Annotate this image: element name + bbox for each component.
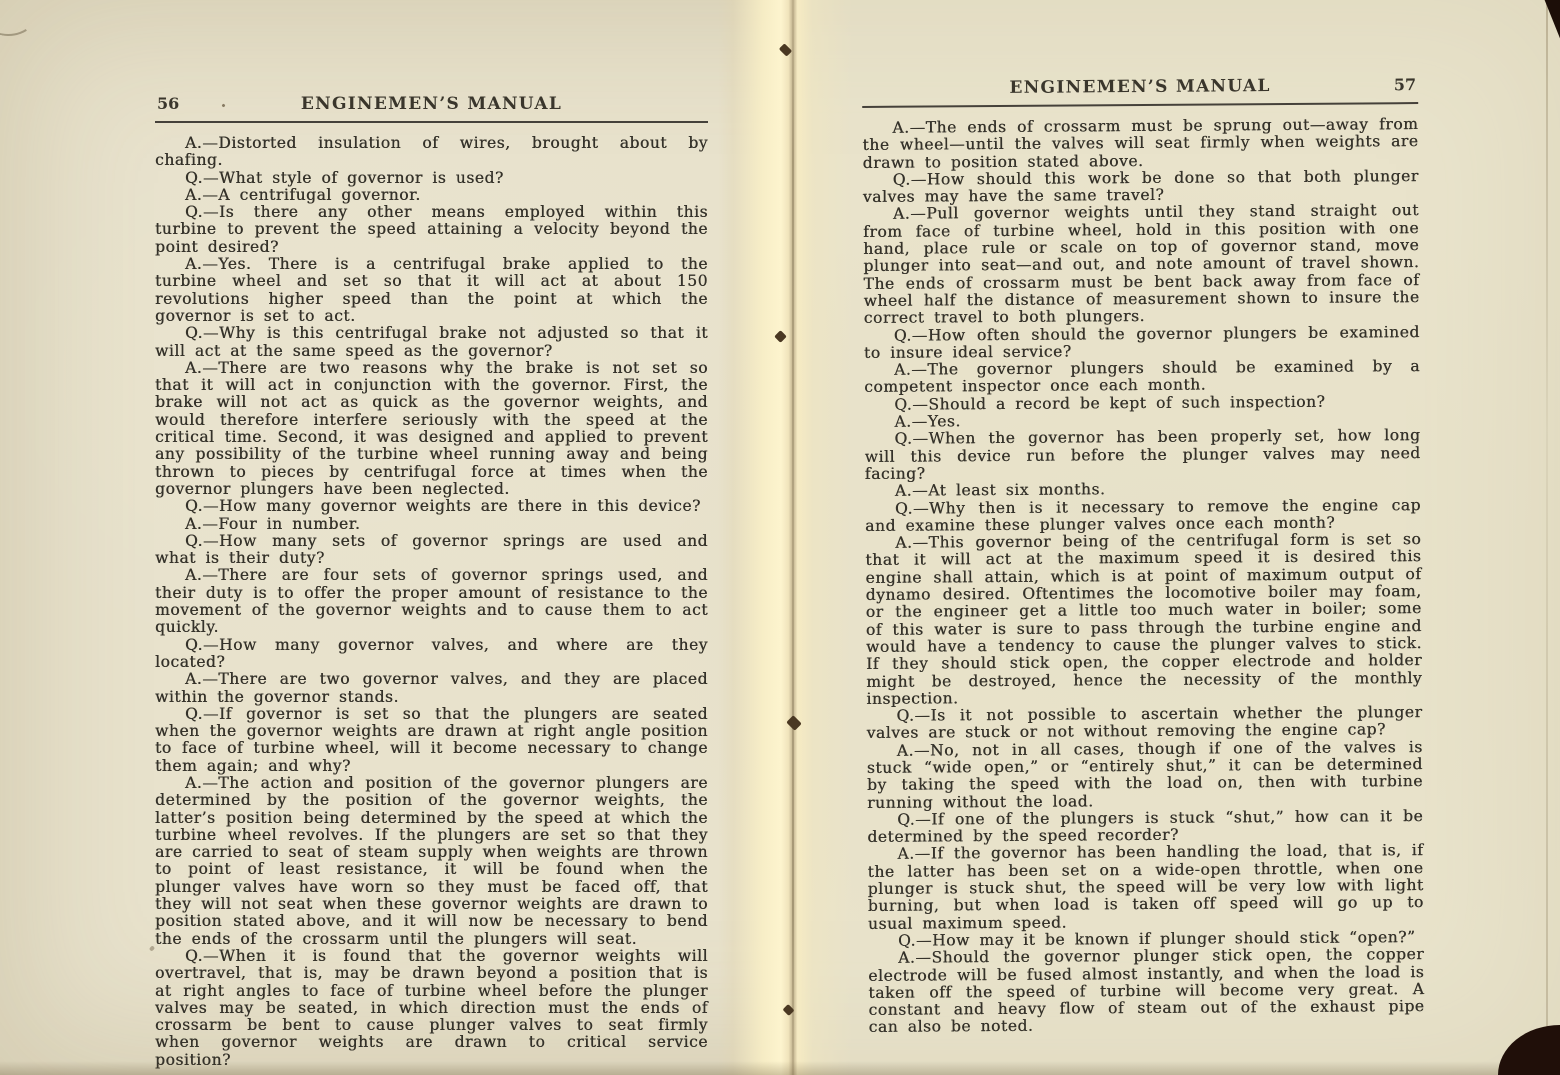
page-header-left: 56 ENGINEMEN’S MANUAL (155, 93, 708, 115)
qa-paragraph: A.—Yes. There is a centrifugal brake app… (155, 256, 708, 325)
qa-paragraph: Q.—How often should the governor plunger… (864, 324, 1420, 362)
qa-paragraph: Q.—How many sets of governor springs are… (155, 533, 708, 568)
qa-paragraph: A.—A centrifugal governor. (155, 187, 708, 204)
page-body-right: A.—The ends of crossarm must be sprung o… (862, 116, 1424, 1037)
qa-paragraph: A.—The action and position of the govern… (155, 775, 708, 948)
qa-paragraph: A.—Four in number. (155, 516, 708, 533)
qa-paragraph: Q.—Is there any other means employed wit… (155, 204, 708, 256)
book-spread: 56 ENGINEMEN’S MANUAL A.—Distorted insul… (0, 0, 1560, 1075)
page-header-right: ENGINEMEN’S MANUAL 57 (862, 74, 1418, 100)
qa-paragraph: Q.—Is it not possible to ascertain wheth… (866, 704, 1422, 742)
qa-paragraph: Q.—What style of governor is used? (155, 170, 708, 187)
qa-paragraph: A.—Pull governor weights until they stan… (863, 203, 1420, 328)
running-title-left: ENGINEMEN’S MANUAL (155, 93, 708, 115)
qa-paragraph: Q.—Why is this centrifugal brake not adj… (155, 325, 708, 360)
qa-paragraph: A.—No, not in all cases, though if one o… (867, 739, 1423, 812)
page-number-left: 56 (157, 93, 179, 115)
page-stack-edge-right (1546, 0, 1548, 1075)
qa-paragraph: Q.—If one of the plungers is stuck “shut… (867, 808, 1423, 846)
gutter-crease (792, 0, 794, 1075)
qa-paragraph: Q.—How many governor valves, and where a… (155, 637, 708, 672)
qa-paragraph: A.—There are two governor valves, and th… (155, 671, 708, 706)
qa-paragraph: Q.—If governor is set so that the plunge… (155, 706, 708, 775)
page-body-left: A.—Distorted insulation of wires, brough… (155, 135, 708, 1069)
page-number-right: 57 (1394, 74, 1416, 96)
qa-paragraph: Q.—How many governor weights are there i… (155, 498, 708, 515)
qa-paragraph: A.—The governor plungers should be exami… (864, 358, 1420, 396)
qa-paragraph: Q.—When it is found that the governor we… (155, 948, 708, 1069)
qa-paragraph: A.—This governor being of the centrifuga… (865, 531, 1422, 708)
qa-paragraph: A.—There are two reasons why the brake i… (155, 360, 708, 498)
qa-paragraph: A.—Distorted insulation of wires, brough… (155, 135, 708, 170)
header-rule-left (155, 121, 708, 123)
qa-paragraph: Q.—When the governor has been properly s… (864, 427, 1420, 483)
page-edge-curve-top-left (0, 0, 48, 42)
qa-paragraph: Q.—Why then is it necessary to remove th… (865, 497, 1421, 535)
qa-paragraph: Q.—How should this work be done so that … (863, 168, 1419, 206)
header-rule-right (862, 102, 1418, 108)
page-left: 56 ENGINEMEN’S MANUAL A.—Distorted insul… (155, 93, 708, 1069)
qa-paragraph: A.—Should the governor plunger stick ope… (868, 946, 1425, 1036)
running-title-right: ENGINEMEN’S MANUAL (862, 74, 1418, 100)
page-right: ENGINEMEN’S MANUAL 57 A.—The ends of cro… (862, 74, 1425, 1037)
page-edge-shadow-bottom (0, 1061, 1560, 1075)
qa-paragraph: A.—There are four sets of governor sprin… (155, 567, 708, 636)
qa-paragraph: A.—The ends of crossarm must be sprung o… (862, 116, 1418, 172)
qa-paragraph: A.—If the governor has been handling the… (867, 843, 1424, 933)
